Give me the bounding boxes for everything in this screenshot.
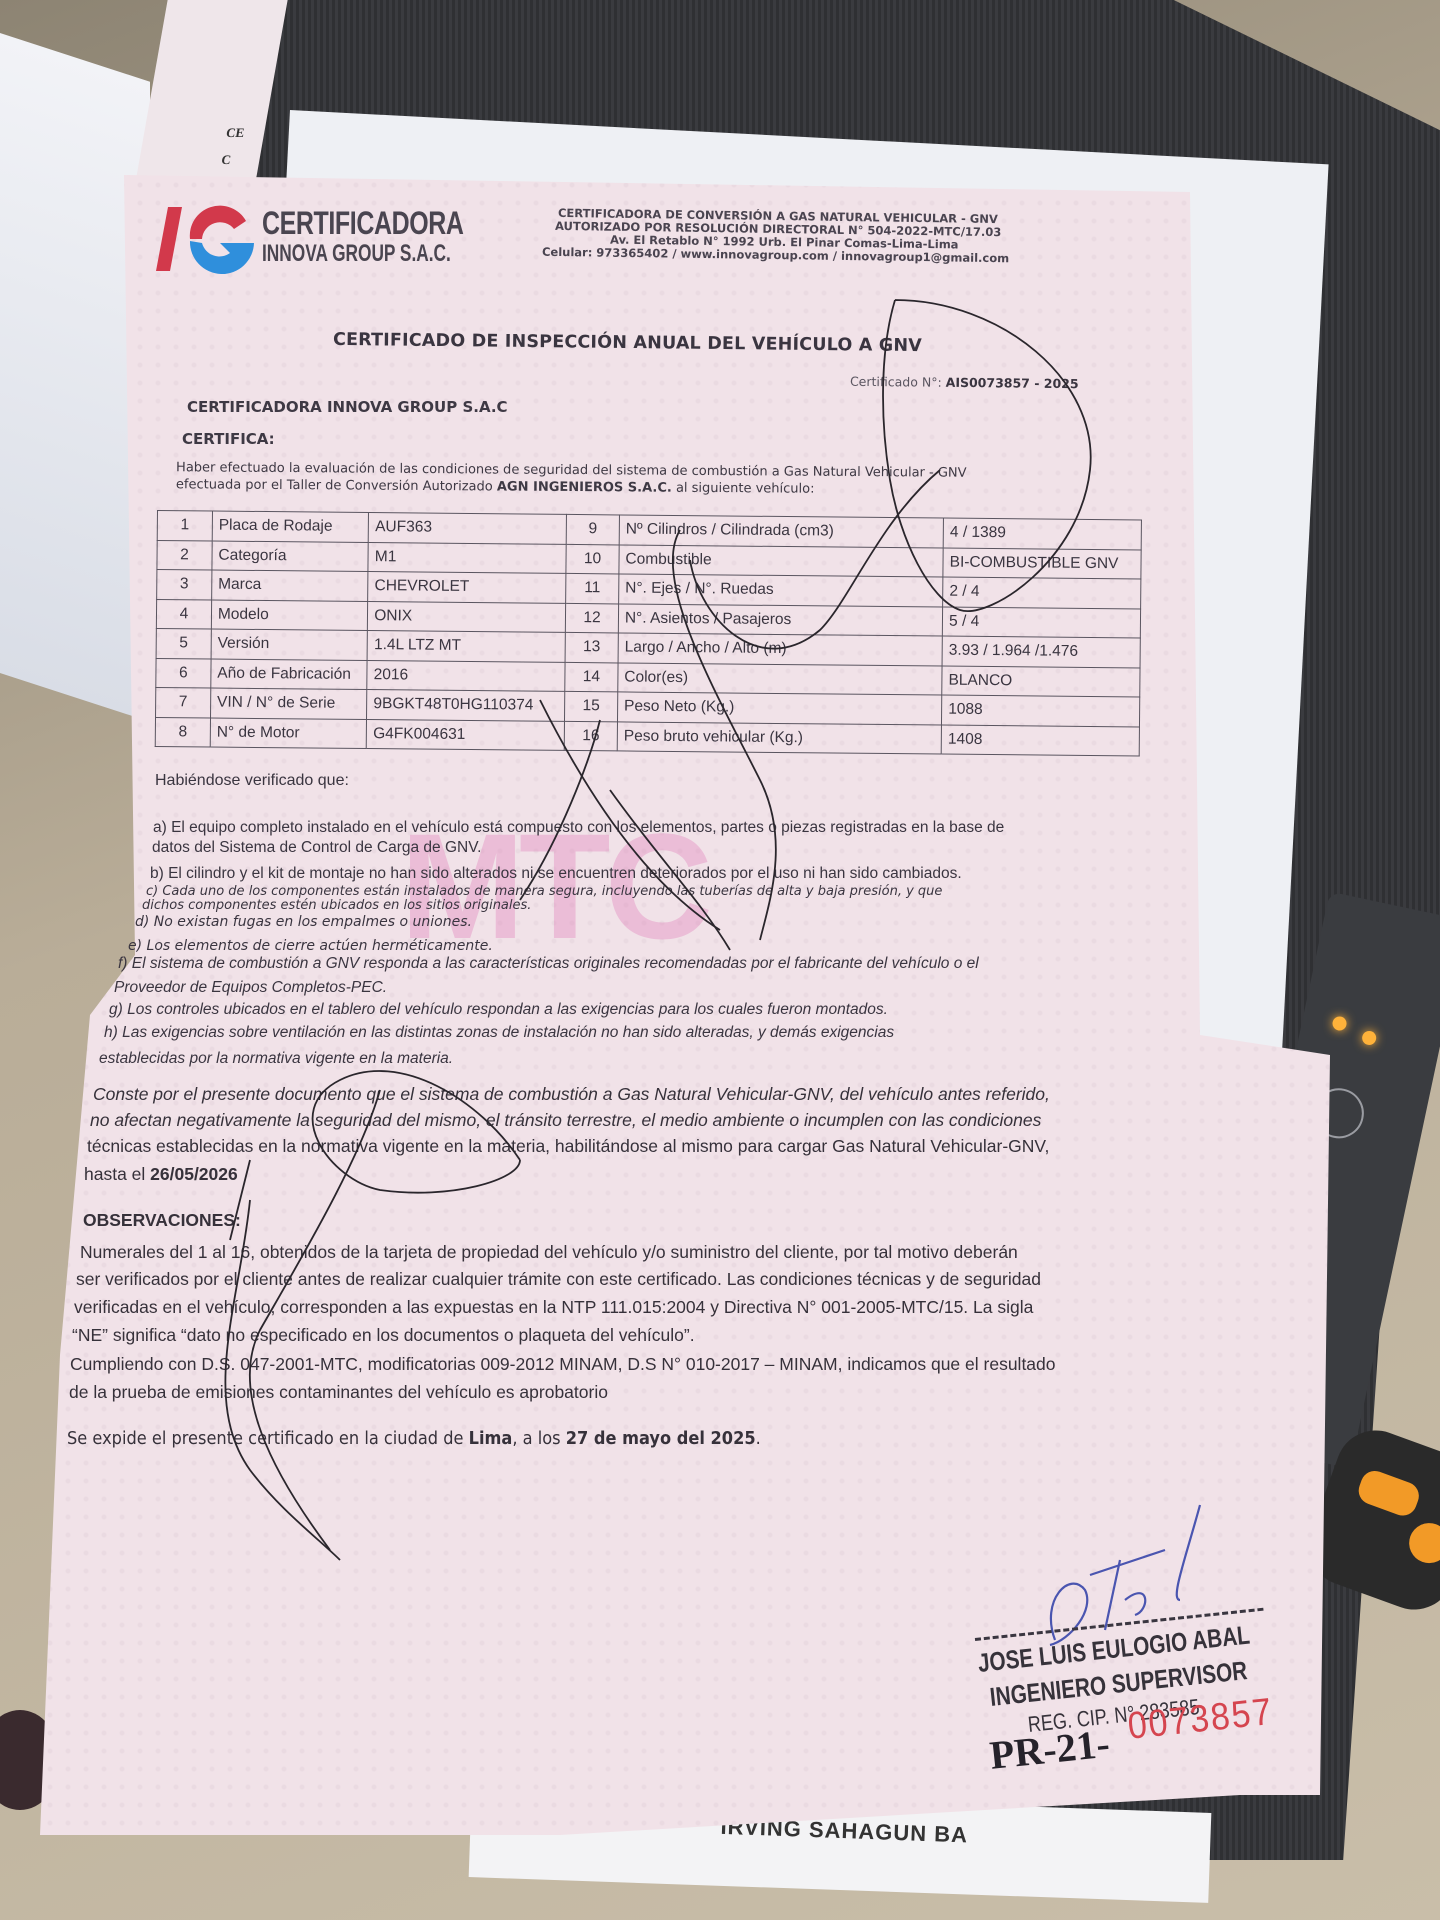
field-label: Peso bruto vehicular (Kg.): [617, 721, 941, 754]
field-value: 1408: [941, 725, 1139, 756]
certificate-number: Certificado N°: AIS0073857 - 2025: [850, 374, 1079, 391]
issue-date: 27 de mayo del 2025: [566, 1428, 756, 1449]
field-label: N°. Asientos / Pasajeros: [618, 603, 942, 636]
issue-city: Lima: [469, 1428, 513, 1449]
row-number: 11: [566, 573, 619, 603]
field-value: 5 / 4: [942, 607, 1140, 638]
field-label: N° de Motor: [210, 718, 367, 749]
field-label: Nº Cilindros / Cilindrada (cm3): [619, 515, 943, 548]
certifica-heading: CERTIFICA:: [182, 430, 275, 448]
field-label: Peso Neto (Kg.): [617, 692, 941, 725]
row-number: 13: [565, 632, 618, 662]
certificate-document: MTC CERTIFICADORA INNOVA GROUP S.A.C. CE…: [0, 0, 1440, 1920]
field-label: VIN / N° de Serie: [210, 688, 367, 719]
row-number: 3: [157, 570, 212, 600]
document-title: CERTIFICADO DE INSPECCIÓN ANUAL DEL VEHÍ…: [333, 330, 922, 356]
field-value: 1.4L LTZ MT: [367, 631, 565, 662]
field-value: 3.93 / 1.964 /1.476: [942, 636, 1140, 667]
verified-item-f-cont: Proveedor de Equipos Completos-PEC.: [114, 978, 387, 997]
field-label: Placa de Rodaje: [212, 511, 369, 542]
verified-heading: Habiéndose verificado que:: [155, 772, 349, 790]
row-number: 14: [565, 662, 618, 692]
field-label: N°. Ejes / N°. Ruedas: [619, 574, 943, 607]
conste-line: no afectan negativamente la seguridad de…: [90, 1106, 1041, 1134]
row-number: 9: [566, 514, 619, 544]
verified-item-a-cont: datos del Sistema de Control de Carga de…: [152, 838, 481, 857]
verified-item-a: a) El equipo completo instalado en el ve…: [153, 818, 1004, 837]
field-value: 2016: [367, 660, 565, 691]
intro-paragraph: Haber efectuado la evaluación de las con…: [176, 459, 967, 499]
row-number: 7: [156, 687, 211, 717]
workshop-name: AGN INGENIEROS S.A.C.: [497, 479, 672, 495]
certificate-number-value: AIS0073857 - 2025: [946, 375, 1079, 391]
row-number: 1: [157, 511, 212, 541]
field-value: BI-COMBUSTIBLE GNV: [943, 548, 1141, 579]
field-label: Marca: [212, 570, 369, 601]
row-number: 16: [564, 721, 617, 751]
row-number: 8: [155, 717, 210, 747]
verified-item-c-cont: dichos componentes estén ubicados en los…: [142, 898, 531, 913]
verified-item-f: f) El sistema de combustión a GNV respon…: [118, 954, 979, 973]
verified-item-h-cont: establecidas por la normativa vigente en…: [99, 1049, 453, 1068]
row-number: 4: [156, 599, 211, 629]
field-value: ONIX: [368, 601, 566, 632]
field-value: BLANCO: [942, 666, 1140, 697]
logo-brand-text: CERTIFICADORA: [262, 205, 464, 242]
field-value: 9BGKT48T0HG110374: [367, 690, 565, 721]
conste-line: hasta el 26/05/2026: [84, 1160, 238, 1188]
row-number: 10: [566, 544, 619, 574]
form-code: PR-21-: [988, 1720, 1112, 1779]
field-label: Color(es): [618, 662, 942, 695]
verified-item-d: d) No existan fugas en los empalmes o un…: [135, 914, 472, 930]
vehicle-data-table: 1Placa de RodajeAUF3639Nº Cilindros / Ci…: [155, 510, 1142, 756]
field-label: Año de Fabricación: [211, 659, 368, 690]
conste-line: técnicas establecidas en la normativa vi…: [87, 1132, 1049, 1160]
issue-statement: Se expide el presente certificado en la …: [67, 1428, 761, 1449]
verified-item-e: e) Los elementos de cierre actúen hermét…: [128, 938, 493, 954]
field-value: G4FK004631: [367, 719, 565, 750]
observation-line: de la prueba de emisiones contaminantes …: [69, 1378, 608, 1406]
observation-line: Numerales del 1 al 16, obtenidos de la t…: [80, 1238, 1018, 1266]
observation-line: Cumpliendo con D.S. 047-2001-MTC, modifi…: [70, 1350, 1056, 1378]
field-value: 4 / 1389: [943, 518, 1141, 549]
field-label: Modelo: [211, 600, 368, 631]
observation-line: ser verificados por el cliente antes de …: [76, 1265, 1041, 1293]
field-value: 2 / 4: [943, 577, 1141, 608]
conste-line: Conste por el presente documento que el …: [93, 1080, 1050, 1108]
verified-item-c: c) Cada uno de los componentes están ins…: [146, 884, 942, 899]
valid-until-date: 26/05/2026: [150, 1164, 238, 1184]
field-value: 1088: [942, 695, 1140, 726]
observation-line: verificadas en el vehículo, corresponden…: [74, 1293, 1033, 1321]
verified-item-b: b) El cilindro y el kit de montaje no ha…: [150, 864, 962, 883]
field-label: Categoría: [212, 541, 369, 572]
verified-item-g: g) Los controles ubicados en el tablero …: [109, 1000, 888, 1019]
row-number: 5: [156, 628, 211, 658]
field-label: Largo / Ancho / Alto (m): [618, 633, 942, 666]
observation-line: “NE” significa “dato no especificado en …: [72, 1321, 695, 1349]
row-number: 2: [157, 540, 212, 570]
field-value: CHEVROLET: [368, 572, 566, 603]
observations-heading: OBSERVACIONES:: [83, 1210, 241, 1231]
verified-item-h: h) Las exigencias sobre ventilación en l…: [104, 1023, 894, 1042]
row-number: 6: [156, 658, 211, 688]
row-number: 12: [565, 603, 618, 633]
field-label: Combustible: [619, 544, 943, 577]
field-value: M1: [368, 542, 566, 573]
company-name: CERTIFICADORA INNOVA GROUP S.A.C: [187, 398, 508, 416]
innova-logo-icon: [150, 203, 260, 275]
field-value: AUF363: [368, 513, 566, 544]
logo-sub-text: INNOVA GROUP S.A.C.: [262, 240, 451, 268]
field-label: Versión: [211, 629, 368, 660]
row-number: 15: [565, 691, 618, 721]
